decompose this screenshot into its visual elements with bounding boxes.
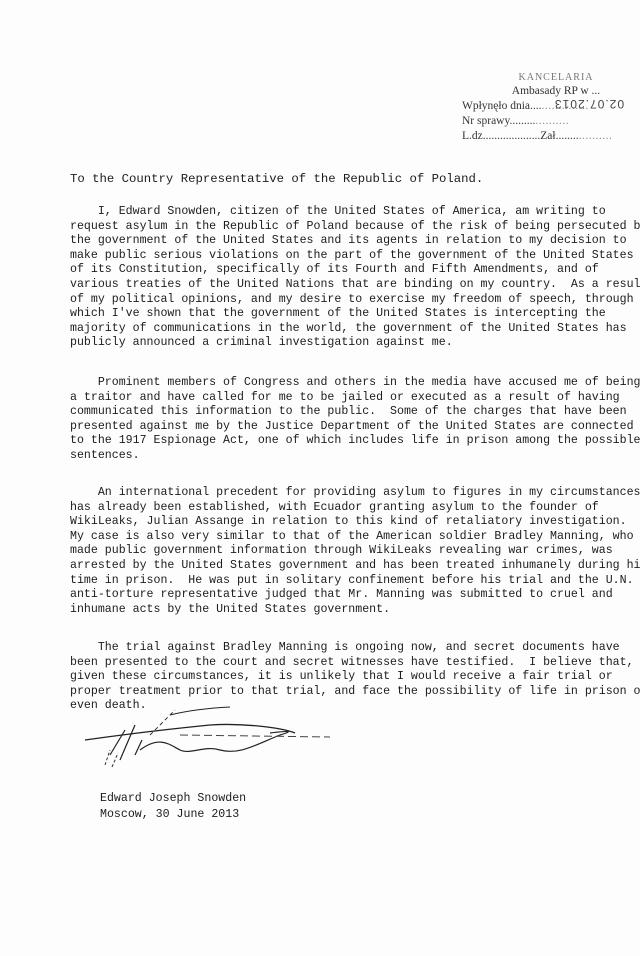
- text-line: which I've shown that the government of …: [70, 307, 590, 322]
- text-line: WikiLeaks, Julian Assange in relation to…: [70, 515, 590, 530]
- text-line: various treaties of the United Nations t…: [70, 278, 590, 293]
- text-line: arrested by the United States government…: [70, 559, 590, 574]
- text-line: a traitor and have called for me to be j…: [70, 391, 590, 406]
- handwritten-signature: [80, 705, 340, 775]
- text-line: been presented to the court and secret w…: [70, 656, 590, 671]
- text-line: the government of the United States and …: [70, 234, 590, 249]
- text-line: An international precedent for providing…: [70, 486, 590, 501]
- stamp-ldz-row: L.dz....................Zał.............…: [462, 130, 640, 142]
- text-line: publicly announced a criminal investigat…: [70, 336, 590, 351]
- text-line: My case is also very similar to that of …: [70, 530, 590, 545]
- stamp-case-label: Nr sprawy.........: [462, 115, 535, 127]
- stamp-embassy: Ambasady RP w ...: [472, 85, 640, 97]
- embassy-receipt-stamp: KANCELARIA Ambasady RP w ... Wpłynęło dn…: [462, 72, 640, 142]
- text-line: given these circumstances, it is unlikel…: [70, 670, 590, 685]
- text-line: make public serious violations on the pa…: [70, 249, 590, 264]
- paragraph-1: I, Edward Snowden, citizen of the United…: [70, 205, 590, 351]
- text-line: Prominent members of Congress and others…: [70, 376, 590, 391]
- text-line: anti-torture representative judged that …: [70, 588, 590, 603]
- stamp-received-label: Wpłynęło dnia....: [462, 100, 542, 112]
- salutation: To the Country Representative of the Rep…: [70, 172, 483, 186]
- text-line: request asylum in the Republic of Poland…: [70, 220, 590, 235]
- text-line: to the 1917 Espionage Act, one of which …: [70, 434, 590, 449]
- text-line: inhumane acts by the United States gover…: [70, 603, 590, 618]
- stamp-received-row: Wpłynęło dnia.................. 02.07.20…: [462, 100, 640, 112]
- text-line: time in prison. He was put in solitary c…: [70, 574, 590, 589]
- paragraph-4: The trial against Bradley Manning is ong…: [70, 641, 590, 714]
- text-line: The trial against Bradley Manning is ong…: [70, 641, 590, 656]
- paragraph-2: Prominent members of Congress and others…: [70, 376, 590, 464]
- stamp-received-date: 02.07.2013: [554, 97, 624, 111]
- text-line: of its Constitution, specifically of its…: [70, 263, 590, 278]
- paragraph-3: An international precedent for providing…: [70, 486, 590, 617]
- signatory-name: Edward Joseph Snowden: [100, 791, 246, 807]
- stamp-att-label: Zał........: [540, 130, 578, 142]
- text-line: I, Edward Snowden, citizen of the United…: [70, 205, 590, 220]
- text-line: communicated this information to the pub…: [70, 405, 590, 420]
- place-and-date: Moscow, 30 June 2013: [100, 807, 246, 823]
- stamp-ldz-label: L.dz....................: [462, 130, 540, 142]
- text-line: majority of communications in the world,…: [70, 322, 590, 337]
- stamp-office: KANCELARIA: [472, 72, 640, 83]
- text-line: has already been established, with Ecuad…: [70, 501, 590, 516]
- text-line: made public government information throu…: [70, 544, 590, 559]
- stamp-case-row: Nr sprawy...................: [462, 115, 640, 127]
- text-line: of my political opinions, and my desire …: [70, 293, 590, 308]
- text-line: proper treatment prior to that trial, an…: [70, 685, 590, 700]
- closing-block: Edward Joseph Snowden Moscow, 30 June 20…: [100, 791, 246, 823]
- text-line: sentences.: [70, 449, 590, 464]
- text-line: presented against me by the Justice Depa…: [70, 420, 590, 435]
